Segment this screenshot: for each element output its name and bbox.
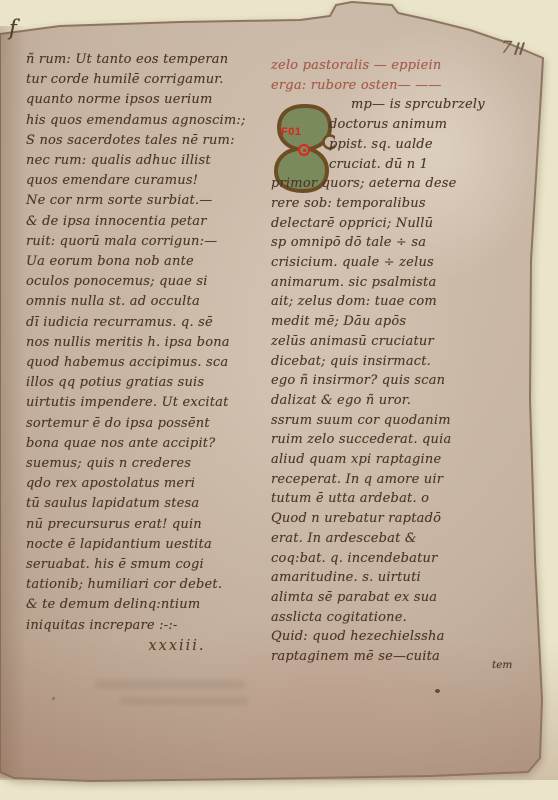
manuscript-line: animarum. sic psalmista xyxy=(271,273,539,293)
manuscript-line: suemus; quis n crederes xyxy=(26,454,278,474)
manuscript-line: Ne cor nrm sorte surbiat.— xyxy=(26,191,278,211)
manuscript-line: Quid: quod hezechielssha xyxy=(271,627,539,647)
annotation-tag-f01[interactable]: F01 xyxy=(281,126,301,138)
parchment-speck xyxy=(435,689,440,693)
manuscript-line: nec rum: qualis adhuc illist xyxy=(26,151,278,171)
manuscript-line: ñ rum: Ut tanto eos temperan xyxy=(26,50,278,70)
manuscript-line: ppist. sq. ualde xyxy=(329,135,539,155)
rubric-block: zelo pastoralis — eppieinerga: rubore os… xyxy=(271,56,539,95)
annotation-target-icon[interactable] xyxy=(298,144,310,156)
manuscript-line: ssrum suum cor quodanim xyxy=(271,411,539,431)
rubric-line: erga: rubore osten— —— xyxy=(271,76,539,96)
manuscript-line: & de ipsa innocentia petar xyxy=(26,212,278,232)
folio-flourish xyxy=(516,42,528,56)
catchword: tem xyxy=(492,659,512,671)
manuscript-line: iniquitas increpare :-:- xyxy=(26,616,278,636)
manuscript-line: asslicta cogitatione. xyxy=(271,608,539,628)
manuscript-line: tur corde humilē corrigamur. xyxy=(26,70,278,90)
manuscript-line: receperat. In q amore uir xyxy=(271,470,539,490)
manuscript-line: aliud quam xpi raptagine xyxy=(271,450,539,470)
manuscript-line: omnis nulla st. ad occulta xyxy=(26,292,278,312)
manuscript-line: bona quae nos ante accipit? xyxy=(26,434,278,454)
manuscript-line: oculos ponocemus; quae si xyxy=(26,272,278,292)
manuscript-line: erat. In ardescebat & xyxy=(271,529,539,549)
ink-showthrough xyxy=(95,680,245,689)
manuscript-line: cruciat. dū n 1 xyxy=(329,155,539,175)
manuscript-line: ego ñ insirmor? quis scan xyxy=(271,371,539,391)
manuscript-line: Quod n urebatur raptadō xyxy=(271,509,539,529)
manuscript-line: S nos sacerdotes tales nē rum: xyxy=(26,131,278,151)
manuscript-line: ait; zelus dom: tuae com xyxy=(271,292,539,312)
manuscript-line: doctorus animum xyxy=(329,115,539,135)
right-column: zelo pastoralis — eppieinerga: rubore os… xyxy=(271,56,539,667)
manuscript-line: tutum ē utta ardebat. o xyxy=(271,489,539,509)
manuscript-page-scan: f 7 ñ rum: Ut tanto eos temperantur cord… xyxy=(0,0,558,800)
manuscript-line: dicebat; quis insirmact. xyxy=(271,352,539,372)
manuscript-line: rere sob: temporalibus xyxy=(271,194,539,214)
rubric-line: zelo pastoralis — eppiein xyxy=(271,56,539,76)
manuscript-line: seruabat. his ē smum cogi xyxy=(26,555,278,575)
manuscript-line: alimta sē parabat ex sua xyxy=(271,588,539,608)
manuscript-line: & te demum delinq:ntium xyxy=(26,595,278,615)
manuscript-line: uirtutis impendere. Ut excitat xyxy=(26,393,278,413)
manuscript-line: ruim zelo succederat. quia xyxy=(271,430,539,450)
margin-mark-f: f xyxy=(9,16,17,40)
manuscript-line: tationib; humiliari cor debet. xyxy=(26,575,278,595)
parchment-speck xyxy=(52,697,55,700)
body-block: primor quors; aeterna deserere sob: temp… xyxy=(271,174,539,667)
manuscript-line: sp omnipō dō tale ÷ sa xyxy=(271,233,539,253)
manuscript-line: nos nullis meritis h. ipsa bona xyxy=(26,333,278,353)
manuscript-line: zelūs animasū cruciatur xyxy=(271,332,539,352)
manuscript-line: mp— is sprcubrzely xyxy=(351,95,539,115)
manuscript-line: amaritudine. s. uirtuti xyxy=(271,568,539,588)
manuscript-line: coq:bat. q. incendebatur xyxy=(271,549,539,569)
manuscript-line: qdo rex apostolatus meri xyxy=(26,474,278,494)
manuscript-line: dī iudicia recurramus. q. sē xyxy=(26,313,278,333)
manuscript-line: quanto norme ipsos uerium xyxy=(26,90,278,110)
manuscript-line: delectarē opprici; Nullū xyxy=(271,214,539,234)
manuscript-line: his quos emendamus agnoscim:; xyxy=(26,111,278,131)
manuscript-line: crisicium. quale ÷ zelus xyxy=(271,253,539,273)
manuscript-line: ruit: quorū mala corrigun:— xyxy=(26,232,278,252)
manuscript-line: tū saulus lapidatum stesa xyxy=(26,494,278,514)
manuscript-line: quod habemus accipimus. sca xyxy=(26,353,278,373)
manuscript-line: nū precursurus erat! quin xyxy=(26,515,278,535)
chapter-number: xxxiii. xyxy=(92,638,262,654)
manuscript-line: medit mē; Dāu apōs xyxy=(271,312,539,332)
manuscript-line: Ua eorum bona nob ante xyxy=(26,252,278,272)
ink-showthrough xyxy=(120,697,248,705)
manuscript-line: primor quors; aeterna dese xyxy=(271,174,539,194)
manuscript-line: quos emendare curamus! xyxy=(26,171,278,191)
opening-block: mp— is sprcubrzelydoctorus animumppist. … xyxy=(271,95,539,174)
manuscript-line: nocte ē lapidantium uestita xyxy=(26,535,278,555)
manuscript-line: dalizat & ego ñ uror. xyxy=(271,391,539,411)
manuscript-line: illos qq potius gratias suis xyxy=(26,373,278,393)
manuscript-line: sortemur ē do ipsa possēnt xyxy=(26,414,278,434)
left-column: ñ rum: Ut tanto eos temperantur corde hu… xyxy=(26,50,278,636)
